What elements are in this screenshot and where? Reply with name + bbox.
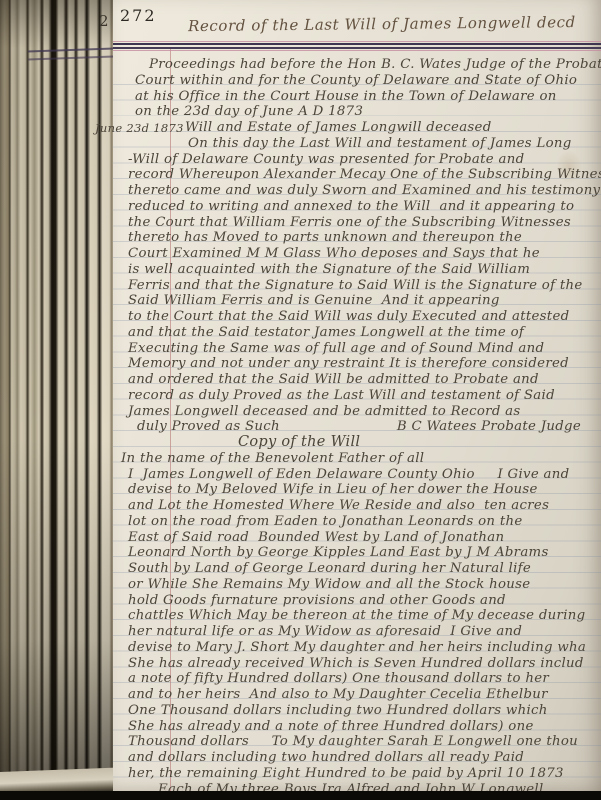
judge-signature: B C Watees Probate Judge — [397, 419, 581, 435]
handwritten-line: I James Longwell of Eden Delaware County… — [128, 467, 601, 483]
binding-shading — [0, 0, 115, 800]
invocation-line: In the name of the Benevolent Father of … — [121, 451, 601, 467]
invocation-paragraph: In the name of the Benevolent Father of … — [121, 451, 601, 467]
handwritten-line: on the 23d day of June A D 1873 — [135, 104, 601, 120]
handwritten-line: James Longwell deceased and be admitted … — [128, 404, 601, 420]
handwritten-line: the Court that William Ferris one of the… — [128, 215, 601, 231]
handwritten-line: lot on the road from Eaden to Jonathan L… — [128, 514, 601, 530]
entry-title: Will and Estate of James Longwill deceas… — [185, 120, 601, 136]
handwritten-line: Thousand dollars To My daughter Sarah E … — [128, 734, 601, 750]
photo-bottom-edge — [0, 791, 601, 800]
handwritten-line: to the Court that the Said Will was duly… — [128, 309, 601, 325]
handwritten-line: Proceedings had before the Hon B. C. Wat… — [135, 57, 601, 73]
handwritten-line: and that the Said testator James Longwel… — [128, 325, 601, 341]
handwritten-line: Leonard North by George Kipples Land Eas… — [128, 545, 601, 561]
handwritten-line: chattles Which May be thereon at the tim… — [128, 608, 601, 624]
handwritten-line: record as duly Proved as the Last Will a… — [128, 388, 601, 404]
handwritten-line: a note of fifty Hundred dollars) One tho… — [128, 671, 601, 687]
handwritten-line: South by Land of George Leonard during h… — [128, 561, 601, 577]
handwritten-line: She has already received Which is Seven … — [128, 656, 601, 672]
handwritten-line: Ferris and that the Signature to Said Wi… — [128, 278, 601, 294]
handwritten-line: and ordered that the Said Will be admitt… — [128, 372, 601, 388]
handwritten-line: her natural life or as My Widow as afore… — [128, 624, 601, 640]
handwritten-body: Proceedings had before the Hon B. C. Wat… — [128, 57, 601, 797]
probate-order-paragraph: On this day the Last Will and testament … — [128, 136, 601, 420]
header-rule-dark-top — [113, 43, 601, 45]
handwritten-line: One Thousand dollars including two Hundr… — [128, 703, 601, 719]
handwritten-line: Executing the Same was of full age and o… — [128, 341, 601, 357]
handwritten-line: record Whereupon Alexander Mecay One of … — [128, 167, 601, 183]
handwritten-line: On this day the Last Will and testament … — [128, 136, 601, 152]
will-text-paragraph: I James Longwell of Eden Delaware County… — [128, 467, 601, 798]
page-number: 272 — [120, 6, 157, 25]
handwritten-line: at his Office in the Court House in the … — [135, 89, 601, 105]
will-copy-heading: Copy of the Will — [238, 435, 601, 451]
header-rule-pink-top — [113, 41, 601, 42]
closing-text: duly Proved as Such — [137, 419, 280, 435]
handwritten-line: devise to Mary J. Short My daughter and … — [128, 640, 601, 656]
handwritten-line: thereto has Moved to parts unknown and t… — [128, 230, 601, 246]
handwritten-line: Said William Ferris and is Genuine And i… — [128, 293, 601, 309]
handwritten-line: -Will of Delaware County was presented f… — [128, 152, 601, 168]
handwritten-line: and to her heirs And also to My Daughter… — [128, 687, 601, 703]
handwritten-line: reduced to writing and annexed to the Wi… — [128, 199, 601, 215]
header-double-rule — [113, 41, 601, 50]
handwritten-line: her, the remaining Eight Hundred to be p… — [128, 766, 601, 782]
handwritten-line: devise to My Beloved Wife in Lieu of her… — [128, 482, 601, 498]
underpage-number: 2 — [99, 12, 113, 30]
handwritten-line: hold Goods furnature provisions and othe… — [128, 593, 601, 609]
handwritten-line: She has already and a note of three Hund… — [128, 719, 601, 735]
closing-row: duly Proved as Such B C Watees Probate J… — [128, 419, 601, 435]
handwritten-line: is well acquainted with the Signature of… — [128, 262, 601, 278]
proceedings-paragraph: Proceedings had before the Hon B. C. Wat… — [135, 57, 601, 120]
handwritten-line: Court within and for the County of Delaw… — [135, 73, 601, 89]
margin-date-note: June 23d 1873 — [95, 121, 184, 137]
handwritten-line: or While She Remains My Widow and all th… — [128, 577, 601, 593]
handwritten-line: East of Said road Bounded West by Land o… — [128, 530, 601, 546]
handwritten-line: thereto came and was duly Sworn and Exam… — [128, 183, 601, 199]
handwritten-line: Court Examined M M Glass Who deposes and… — [128, 246, 601, 262]
header-rule-pink-bottom — [113, 50, 601, 51]
handwritten-line: and dollars including two hundred dollar… — [128, 750, 601, 766]
handwritten-line: Memory and not under any restraint It is… — [128, 356, 601, 372]
ledger-photo: 2 272 Record of the Last Will of James L… — [0, 0, 601, 800]
handwritten-line: and Lot the Homested Where We Reside and… — [128, 498, 601, 514]
entry-row: June 23d 1873 Will and Estate of James L… — [128, 120, 601, 136]
